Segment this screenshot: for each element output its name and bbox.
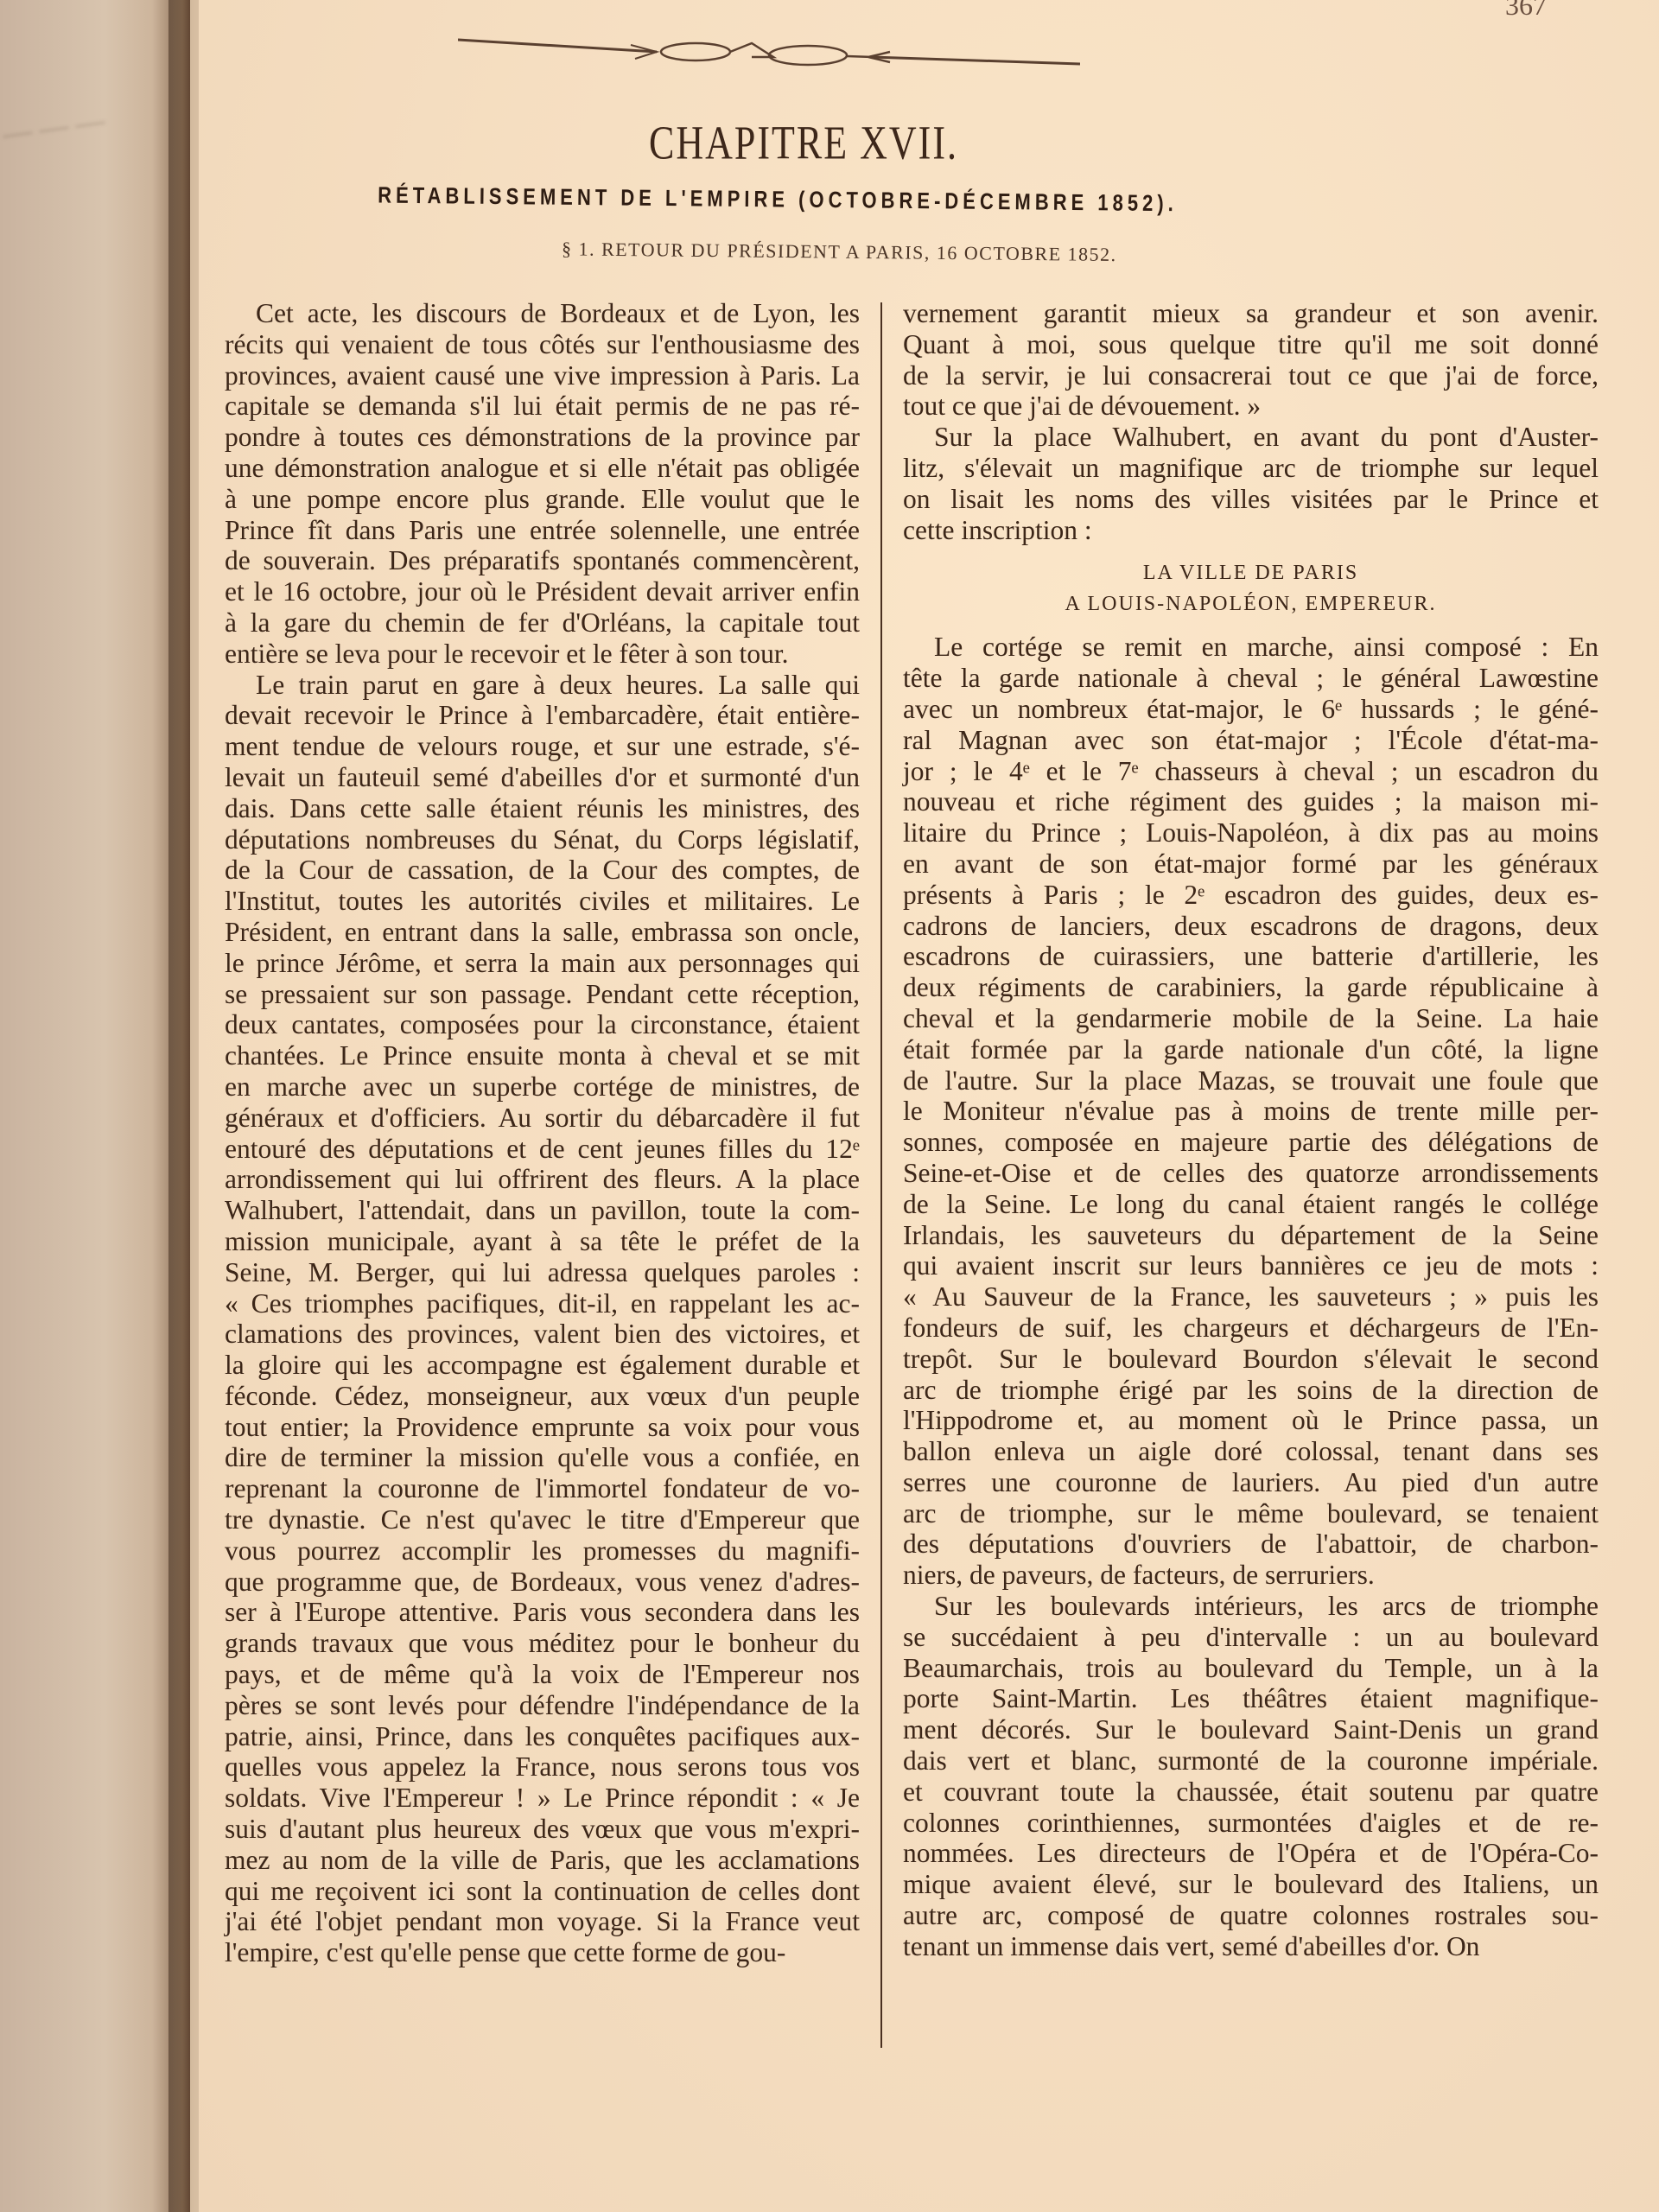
text-line: qui avaient inscrit sur leurs bannières … (903, 1250, 1599, 1281)
text-line: en avant de son état-major formé par les… (903, 849, 1599, 880)
chapter-subtitle: RÉTABLISSEMENT DE L'EMPIRE (OCTOBRE-DÉCE… (216, 181, 1339, 219)
text-line: mission municipale, ayant à sa tête le p… (225, 1226, 860, 1257)
facing-page-blurred: — — — — (0, 0, 190, 2212)
text-line: pères se sont levés pour défendre l'indé… (225, 1690, 860, 1721)
text-line: de la Cour de cassation, de la Cour des … (225, 855, 860, 886)
text-line: mez au nom de la ville de Paris, que les… (225, 1845, 860, 1876)
text-line: en marche avec un superbe cortége de min… (225, 1071, 860, 1103)
text-line: présents à Paris ; le 2ᵉ escadron des gu… (903, 880, 1599, 911)
text-line: colonnes corinthiennes, surmontées d'aig… (903, 1808, 1599, 1839)
text-line: porte Saint-Martin. Les théâtres étaient… (903, 1683, 1599, 1714)
text-line: tenant un immense dais vert, semé d'abei… (903, 1931, 1599, 1962)
text-line: litaire du Prince ; Louis-Napoléon, à di… (903, 817, 1599, 849)
text-line: litz, s'élevait un magnifique arc de tri… (903, 453, 1599, 484)
text-line: que programme que, de Bordeaux, vous ven… (225, 1567, 860, 1598)
text-line: entouré des députations et de cent jeune… (225, 1134, 860, 1165)
text-line: Président, en entrant dans la salle, emb… (225, 917, 860, 948)
text-line: deux régiments de carabiniers, la garde … (903, 972, 1599, 1003)
text-line: de la servir, je lui consacrerai tout ce… (903, 360, 1599, 391)
text-line: Seine-et-Oise et de celles des quatorze … (903, 1158, 1599, 1189)
ornament-divider-icon (458, 33, 1080, 67)
text-line: Seine, M. Berger, qui lui adressa quelqu… (225, 1257, 860, 1288)
text-line: et couvrant toute la chaussée, était sou… (903, 1777, 1599, 1808)
text-line: reprenant la couronne de l'immortel fond… (225, 1473, 860, 1504)
book-page: 367 CHAPITRE XVII. RÉTABLISSEMENT DE L'E… (199, 0, 1659, 2212)
text-line: deux cantates, composées pour la circons… (225, 1009, 860, 1040)
text-line: était formée par la garde nationale d'un… (903, 1034, 1599, 1065)
text-line: provinces, avaient causé une vive impres… (225, 360, 860, 391)
text-line: Sur les boulevards intérieurs, les arcs … (903, 1591, 1599, 1622)
text-line: cheval et la gendarmerie mobile de la Se… (903, 1003, 1599, 1034)
page-number: 367 (1505, 0, 1547, 22)
text-line: arrondissement qui lui offrirent des fle… (225, 1164, 860, 1195)
text-line: le prince Jérôme, et serra la main aux p… (225, 948, 860, 979)
arch-inscription: LA VILLE DE PARIS A LOUIS-NAPOLÉON, EMPE… (903, 557, 1599, 620)
text-line: jor ; le 4ᵉ et le 7ᵉ chasseurs à cheval … (903, 756, 1599, 787)
text-line: suis d'autant plus heureux des vœux que … (225, 1814, 860, 1845)
text-line: députations nombreuses du Sénat, du Corp… (225, 824, 860, 855)
text-line: avec un nombreux état-major, le 6ᵉ hussa… (903, 694, 1599, 725)
text-line: Beaumarchais, trois au boulevard du Temp… (903, 1653, 1599, 1684)
text-line: Le train parut en gare à deux heures. La… (225, 670, 860, 701)
text-line: patrie, ainsi, Prince, dans les conquête… (225, 1721, 860, 1752)
text-line: dais. Dans cette salle étaient réunis le… (225, 793, 860, 824)
text-line: quelles vous appelez la France, nous ser… (225, 1751, 860, 1783)
text-line: niers, de paveurs, de facteurs, de serru… (903, 1560, 1599, 1591)
text-line: tout ce que j'ai de dévouement. » (903, 391, 1599, 422)
text-line: serres une couronne de lauriers. Au pied… (903, 1467, 1599, 1498)
text-line: entière se leva pour le recevoir et le f… (225, 639, 860, 670)
text-line: Cet acte, les discours de Bordeaux et de… (225, 298, 860, 329)
text-line: la gloire qui les accompagne est égaleme… (225, 1350, 860, 1381)
text-line: à la gare du chemin de fer d'Orléans, la… (225, 607, 860, 639)
text-line: cette inscription : (903, 515, 1599, 546)
text-line: cadrons de lanciers, deux escadrons de d… (903, 911, 1599, 942)
text-line: de la Seine. Le long du canal étaient ra… (903, 1189, 1599, 1220)
text-line: des députations d'ouvriers de l'abattoir… (903, 1529, 1599, 1560)
text-line: dire de terminer la mission qu'elle vous… (225, 1442, 860, 1473)
inscription-line-2: A LOUIS-NAPOLÉON, EMPEREUR. (903, 588, 1599, 620)
text-line: qui me reçoivent ici sont la continuatio… (225, 1876, 860, 1907)
chapter-title: CHAPITRE XVII. (199, 116, 1408, 171)
text-line: l'empire, c'est qu'elle pense que cette … (225, 1937, 860, 1968)
text-line: clamations des provinces, valent bien de… (225, 1319, 860, 1350)
text-line: escadrons de cuirassiers, une batterie d… (903, 941, 1599, 972)
text-line: ral Magnan avec son état-major ; l'École… (903, 725, 1599, 756)
text-line: de l'autre. Sur la place Mazas, se trouv… (903, 1065, 1599, 1096)
text-line: arc de triomphe, sur le même boulevard, … (903, 1498, 1599, 1529)
text-line: fondeurs de suif, les chargeurs et décha… (903, 1313, 1599, 1344)
text-line: on lisait les noms des villes visitées p… (903, 484, 1599, 515)
facing-page-ghost-text: — — — — (0, 88, 190, 161)
text-line: « Au Sauveur de la France, les sauveteur… (903, 1281, 1599, 1313)
text-line: sonnes, composée en majeure partie des d… (903, 1127, 1599, 1158)
text-line: levait un fauteuil semé d'abeilles d'or … (225, 762, 860, 793)
text-line: Prince fît dans Paris une entrée solenne… (225, 515, 860, 546)
text-line: dais vert et blanc, surmonté de la couro… (903, 1745, 1599, 1777)
text-line: féconde. Cédez, monseigneur, aux vœux d'… (225, 1381, 860, 1412)
text-line: vous pourrez accomplir les promesses du … (225, 1535, 860, 1567)
text-line: chantées. Le Prince ensuite monta à chev… (225, 1040, 860, 1071)
text-line: devait recevoir le Prince à l'embarcadèr… (225, 700, 860, 731)
text-line: le Moniteur n'évalue pas à moins de tren… (903, 1096, 1599, 1127)
text-line: tout entier; la Providence emprunte sa v… (225, 1412, 860, 1443)
inscription-line-1: LA VILLE DE PARIS (903, 557, 1599, 588)
text-line: Quant à moi, sous quelque titre qu'il me… (903, 329, 1599, 360)
text-line: Walhubert, l'attendait, dans un pavillon… (225, 1195, 860, 1226)
text-line: se succédaient à peu d'intervalle : un a… (903, 1622, 1599, 1653)
text-line: « Ces triomphes pacifiques, dit-il, en r… (225, 1288, 860, 1319)
text-line: autre arc, composé de quatre colonnes ro… (903, 1900, 1599, 1931)
text-line: ment décorés. Sur le boulevard Saint-Den… (903, 1714, 1599, 1745)
text-line: pays, et de même qu'à la voix de l'Emper… (225, 1659, 860, 1690)
text-line: Irlandais, les sauveteurs du département… (903, 1220, 1599, 1251)
text-line: soldats. Vive l'Empereur ! » Le Prince r… (225, 1783, 860, 1814)
section-title: § 1. RETOUR DU PRÉSIDENT A PARIS, 16 OCT… (562, 238, 1339, 268)
right-column-part-b: Le cortége se remit en marche, ainsi com… (903, 632, 1599, 1961)
text-line: à une pompe encore plus grande. Elle vou… (225, 484, 860, 515)
text-line: j'ai été l'objet pendant mon voyage. Si … (225, 1906, 860, 1937)
text-line: Sur la place Walhubert, en avant du pont… (903, 422, 1599, 453)
text-line: pondre à toutes ces démonstrations de la… (225, 422, 860, 453)
text-line: Le cortége se remit en marche, ainsi com… (903, 632, 1599, 663)
right-column-part-a: vernement garantit mieux sa grandeur et … (903, 298, 1599, 545)
text-line: récits qui venaient de tous côtés sur l'… (225, 329, 860, 360)
text-line: trepôt. Sur le boulevard Bourdon s'éleva… (903, 1344, 1599, 1375)
text-line: grands travaux que vous méditez pour le … (225, 1628, 860, 1659)
column-divider-rule (880, 302, 882, 2048)
text-line: tête la garde nationale à cheval ; le gé… (903, 663, 1599, 694)
text-line: nouveau et riche régiment des guides ; l… (903, 786, 1599, 817)
text-line: arc de triomphe érigé par les soins de l… (903, 1375, 1599, 1406)
text-line: l'Hippodrome et, au moment où le Prince … (903, 1405, 1599, 1436)
text-line: capitale se demanda s'il lui était permi… (225, 391, 860, 422)
text-line: se pressaient sur son passage. Pendant c… (225, 979, 860, 1010)
right-text-column: vernement garantit mieux sa grandeur et … (903, 298, 1599, 1962)
text-line: l'Institut, toutes les autorités civiles… (225, 886, 860, 917)
text-line: nommées. Les directeurs de l'Opéra et de… (903, 1838, 1599, 1869)
text-line: ser à l'Europe attentive. Paris vous sec… (225, 1597, 860, 1628)
text-line: de souverain. Des préparatifs spontanés … (225, 545, 860, 576)
text-line: ballon enleva un aigle doré colossal, te… (903, 1436, 1599, 1467)
text-line: ment tendue de velours rouge, et sur une… (225, 731, 860, 762)
text-line: et le 16 octobre, jour où le Président d… (225, 576, 860, 607)
left-text-column: Cet acte, les discours de Bordeaux et de… (225, 298, 860, 1968)
text-line: tre dynastie. Ce n'est qu'avec le titre … (225, 1504, 860, 1535)
text-line: une démonstration analogue et si elle n'… (225, 453, 860, 484)
text-line: mique avaient élevé, sur le boulevard de… (903, 1869, 1599, 1900)
text-line: vernement garantit mieux sa grandeur et … (903, 298, 1599, 329)
text-line: généraux et d'officiers. Au sortir du dé… (225, 1103, 860, 1134)
